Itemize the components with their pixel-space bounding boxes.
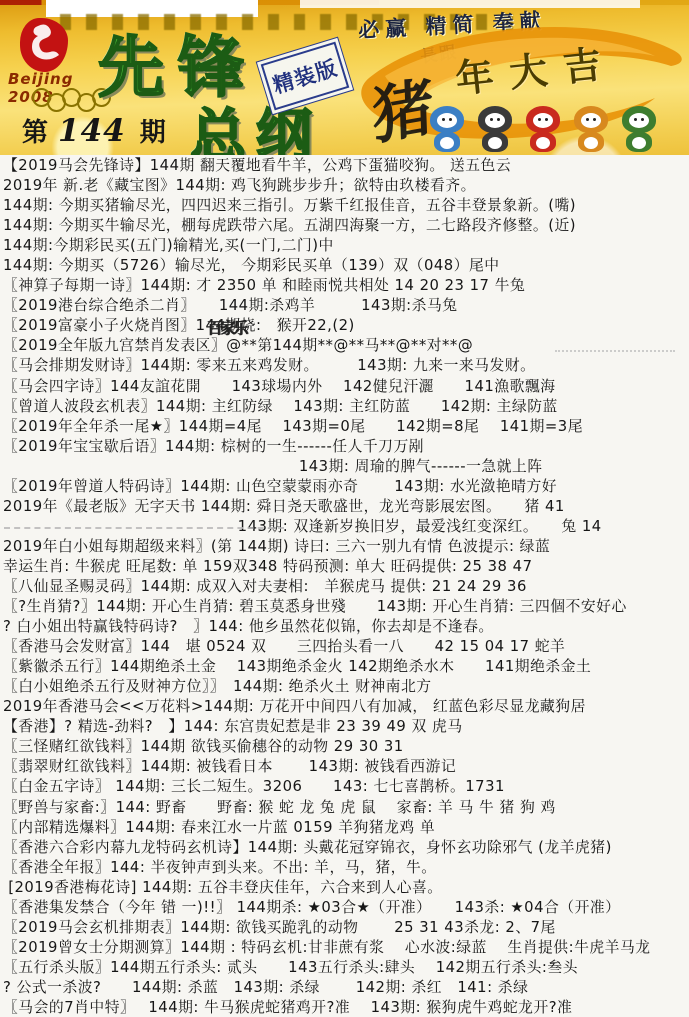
text-line: 〖白小姐绝杀五行及财神方位〗〗 144期: 绝杀火土 财神南北方 [3, 677, 689, 697]
text-line: 〖香港集发禁合（今年 错 一)!!〗 144期杀: ★03合★（开准） 143杀… [3, 898, 689, 918]
text-line: 〖2019曾女士分期测算〗144期 : 特码玄机:甘非蔗有浆 心水波:绿蓝 生肖… [3, 938, 689, 958]
watermark-overlay: 百家乐 [207, 316, 246, 338]
text-line: 〖2019富豪小子火烧肖图〗144期烧: 猴开22,(2) [3, 316, 689, 336]
text-line: 〖白金五字诗〗 144期: 三长二短生。3206 143: 七七喜鹊桥。1731 [3, 777, 689, 797]
faded-smudge [555, 350, 675, 357]
text-line: 〖香港全年报〗144: 半夜钟声到头来。不出: 羊，马，猪，牛。 [3, 858, 689, 878]
text-line: 144期: 今期买牛输尽光，棚每虎跌带六尾。五湖四海聚一方，二七路段齐修整。(近… [3, 216, 689, 236]
text-line: 幸运生肖: 牛猴虎 旺尾数: 单 159双348 特码预测: 单大 旺码提供: … [3, 557, 689, 577]
text-line: ? 白小姐出特赢钱特码诗? 〗144: 他乡虽然花似锦，你去却是不逢春。 [3, 617, 689, 637]
text-line: 〖神算子每期一诗〗144期: 才 2350 单 和睦雨悦共相处 14 20 23… [3, 276, 689, 296]
fuwa-jingjing-icon [478, 106, 512, 152]
text-line: 〖马会的7肖中特〗 144期: 牛马猴虎蛇猪鸡开?准 143期: 猴狗虎牛鸡蛇龙… [3, 998, 689, 1017]
text-line: 〖2019港台综合绝杀二肖〗 144期:杀鸡羊 143期:杀马兔 [3, 296, 689, 316]
fuwa-nini-icon [622, 106, 656, 152]
olympic-rings-icon [32, 88, 107, 112]
text-line: 〖野兽与家畜:〗144: 野畜 野畜: 猴 蛇 龙 兔 虎 鼠 家畜: 羊 马 … [3, 798, 689, 818]
text-line: 〖香港马会发财富〗144 堪 0524 双 三四抬头看一八 42 15 04 1… [3, 637, 689, 657]
text-line: 〖三怪赌红欲钱料〗144期 欲钱买偷穗谷的动物 29 30 31 [3, 737, 689, 757]
text-line: 【2019马会先锋诗】144期 翻天覆地看牛羊，公鸡下蛋猫咬狗。 送五色云 [3, 156, 689, 176]
text-line: ? 公式一杀波? 144期: 杀蓝 143期: 杀绿 142期: 杀红 141:… [3, 978, 689, 998]
text-line: 〖香港六合彩内幕九龙特码玄机诗】144期: 头戴花冠穿锦衣，身怀玄功除邪气 (龙… [3, 838, 689, 858]
issue-suffix: 期 [140, 118, 168, 148]
text-line: 〖2019马会玄机排期表〗144期: 欲钱买跪乳的动物 25 31 43杀龙: … [3, 918, 689, 938]
text-line: 2019年香港马会<<万花料>144期: 万花开中间四八有加减， 红蓝色彩尽显龙… [3, 697, 689, 717]
text-line: 2019年《最老版》无字天书 144期: 舜日尧天歌盛世，龙光弯影展宏图。 猪 … [3, 497, 689, 517]
text-line: 〖内部精选爆料〗144期: 春来江水一片蓝 0159 羊狗猪龙鸡 单 [3, 818, 689, 838]
issue-number-line: 第144期 [22, 112, 168, 149]
text-line: 〖2019年曾道人特码诗〗144期: 山色空蒙蒙雨亦奇 143期: 水光潋艳晴方… [3, 477, 689, 497]
text-line: 〖曾道人波段玄机表〗144期: 主红防绿 143期: 主红防蓝 142期: 主绿… [3, 397, 689, 417]
beijing-2008-logo-icon [20, 18, 68, 72]
text-line: 2019年白小姐每期超级来料〗(第 144期) 诗曰: 三六一别九有情 色波提示… [3, 537, 689, 557]
text-line: 〖马会排期发财诗〗144期: 零来五来鸡发财。 143期: 九来一来马发财。 [3, 356, 689, 376]
zodiac-calligraphy: 猪 [371, 56, 435, 155]
fuwa-huanhuan-icon [526, 106, 560, 152]
text-line: [2019香港梅花诗] 144期: 五谷丰登庆佳年，六合来到人心喜。 [3, 878, 689, 898]
issue-number: 144 [50, 113, 140, 149]
text-line: 〖2019年宝宝歇后语〗144期: 棕树的一生------任人千刀万剐 [3, 437, 689, 457]
text-line: 〖马会四字诗〗144友誼花開 143球場内外 142健兒汗灑 141漁歌飄海 [3, 377, 689, 397]
deluxe-edition-badge: 精装版 [261, 42, 350, 111]
text-lines: 【2019马会先锋诗】144期 翻天覆地看牛羊，公鸡下蛋猫咬狗。 送五色云201… [0, 155, 689, 1017]
text-line: 〖2019年全年杀一尾★〗144期=4尾 143期=0尾 142期=8尾 141… [3, 417, 689, 437]
text-line: 144期: 今期买猪输尽光，四四迟来三指引。万紫千红报佳音，五谷丰登景象新。(嘴… [3, 196, 689, 216]
text-line: 〖?生肖猜?〗144期: 开心生肖猜: 碧玉莫悉身世殘 143期: 开心生肖猜:… [3, 597, 689, 617]
text-line: 143期: 周瑜的脾气------一急就上阵 [3, 457, 689, 477]
text-line: 〖翡翠财红欲钱料〗144期: 被钱看日本 143期: 被钱看西游记 [3, 757, 689, 777]
text-line: 【香港】? 精选-劲料? 】144: 东宫贵妃惹是非 23 39 49 双 虎马 [3, 717, 689, 737]
text-line: 2019年 新.老《藏宝图》144期: 鸡飞狗跳步步升；欲特由玖楼看齐。 [3, 176, 689, 196]
issue-prefix: 第 [22, 118, 50, 148]
fuwa-mascots-row [430, 106, 656, 152]
lottery-tip-sheet: Beijing 2008 第144期 先锋 总纲 精装版 必赢 精简 奉献 長跟… [0, 0, 689, 1017]
text-line: 〖五行杀头版〗144期五行杀头: 贰头 143五行杀头:肆头 142期五行杀头:… [3, 958, 689, 978]
text-line: 144期: 今期买（5726）输尽光， 今期彩民买单（139）双（048）尾中 [3, 256, 689, 276]
fuwa-yingying-icon [574, 106, 608, 152]
text-line: 〖紫徽杀五行〗144期绝杀土金 143期绝杀金火 142期绝杀水木 141期绝杀… [3, 657, 689, 677]
header-banner: Beijing 2008 第144期 先锋 总纲 精装版 必赢 精简 奉献 長跟… [0, 0, 689, 155]
faded-dashed-line [4, 527, 284, 533]
text-line: 144期:今期彩民买(五门)输精光,买(一门,二门)中 [3, 236, 689, 256]
fuwa-beibei-icon [430, 106, 464, 152]
text-line: 〖八仙显圣赐灵码〗144期: 成双入对夫妻相: 羊猴虎马 提供: 21 24 2… [3, 577, 689, 597]
